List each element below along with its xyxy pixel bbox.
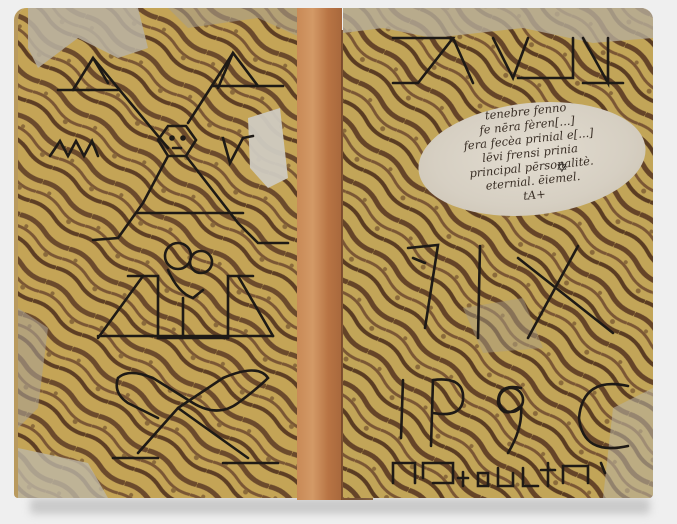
left-cover bbox=[14, 8, 302, 498]
label-handwriting: tenebre fenno fe nēra fèren[...] fera fe… bbox=[425, 94, 634, 212]
book-shadow bbox=[30, 498, 650, 514]
left-cover-artwork bbox=[18, 8, 302, 498]
star-of-david-icon: ✡ bbox=[556, 160, 568, 176]
right-cover bbox=[343, 8, 653, 498]
spine-leather bbox=[297, 8, 342, 500]
book-photo: tenebre fenno fe nēra fèren[...] fera fe… bbox=[0, 0, 677, 524]
right-cover-artwork bbox=[343, 8, 653, 498]
